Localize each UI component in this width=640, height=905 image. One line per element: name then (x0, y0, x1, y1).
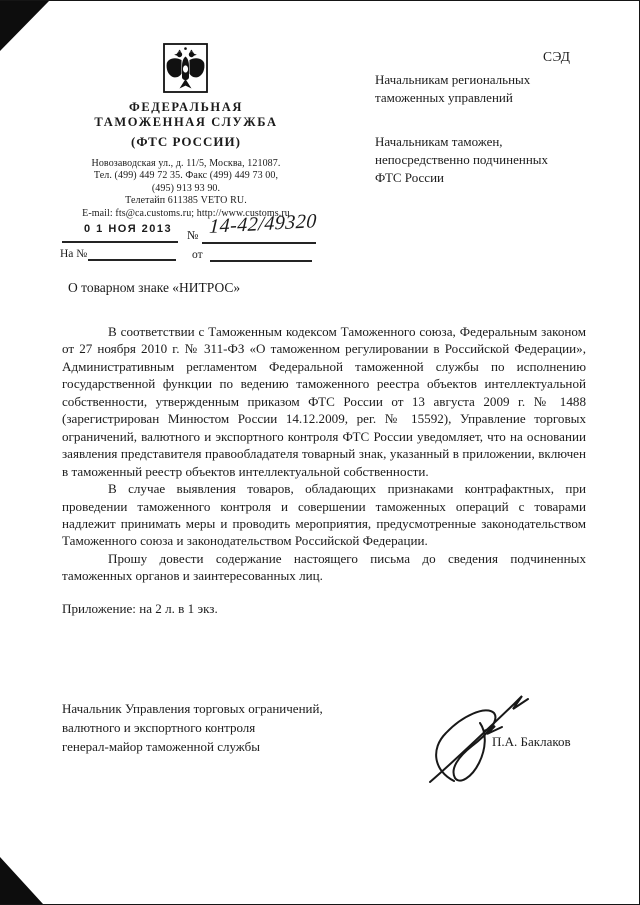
org-name-line1: ФЕДЕРАЛЬНАЯ (36, 100, 336, 115)
org-teletype-line: Телетайп 611385 VETO RU. (36, 195, 336, 207)
scanned-letter-page: ФЕДЕРАЛЬНАЯ ТАМОЖЕННАЯ СЛУЖБА (ФТС РОССИ… (0, 0, 640, 905)
recipient-line: Начальникам таможен, (375, 133, 590, 151)
signer-position-line: валютного и экспортного контроля (62, 718, 392, 737)
body-paragraph-1: В соответствии с Таможенным кодексом Там… (62, 323, 586, 480)
recipient-line: Начальникам региональных (375, 71, 590, 89)
signer-position-block: Начальник Управления торговых ограничени… (62, 699, 392, 756)
org-phone-line: Тел. (499) 449 72 35. Факс (499) 449 73 … (36, 170, 336, 182)
reply-date-underline (210, 260, 312, 262)
outgoing-number-handwritten: 14-42/49320 (202, 210, 323, 239)
body-paragraph-2: В случае выявления товаров, обладающих п… (62, 480, 586, 550)
reply-number-underline (88, 259, 176, 261)
sed-label: СЭД (543, 49, 571, 65)
reply-date-label: от (192, 249, 203, 261)
recipient-line: таможенных управлений (375, 89, 590, 107)
scan-corner-top-left (0, 1, 49, 51)
recipient-block-2: Начальникам таможен, непосредственно под… (375, 133, 590, 187)
recipient-line: непосредственно подчиненных (375, 151, 590, 169)
signer-position-line: Начальник Управления торговых ограничени… (62, 699, 392, 718)
signer-name: П.А. Баклаков (492, 734, 571, 750)
signer-position-line: генерал-майор таможенной службы (62, 737, 392, 756)
recipient-line: ФТС России (375, 169, 590, 187)
org-abbr: (ФТС РОССИИ) (36, 134, 336, 149)
recipient-block-1: Начальникам региональных таможенных упра… (375, 71, 590, 107)
letter-body: В соответствии с Таможенным кодексом Там… (62, 323, 586, 617)
attachment-note: Приложение: на 2 л. в 1 экз. (62, 600, 586, 617)
coat-of-arms-icon (163, 43, 208, 93)
org-phone-line2: (495) 913 93 90. (36, 183, 336, 195)
date-stamp: 0 1 НОЯ 2013 (84, 223, 172, 235)
number-sign-label: № (187, 228, 198, 243)
org-name-block: ФЕДЕРАЛЬНАЯ ТАМОЖЕННАЯ СЛУЖБА (ФТС РОССИ… (36, 100, 336, 149)
org-name-line2: ТАМОЖЕННАЯ СЛУЖБА (36, 115, 336, 130)
number-underline (202, 242, 316, 244)
date-underline (62, 241, 178, 243)
body-paragraph-3: Прошу довести содержание настоящего пись… (62, 550, 586, 585)
org-address-line: Новозаводская ул., д. 11/5, Москва, 1210… (36, 158, 336, 170)
reply-to-label: На № (60, 248, 87, 260)
subject-line: О товарном знаке «НИТРОС» (68, 280, 240, 296)
scan-corner-bottom-left (0, 857, 43, 904)
